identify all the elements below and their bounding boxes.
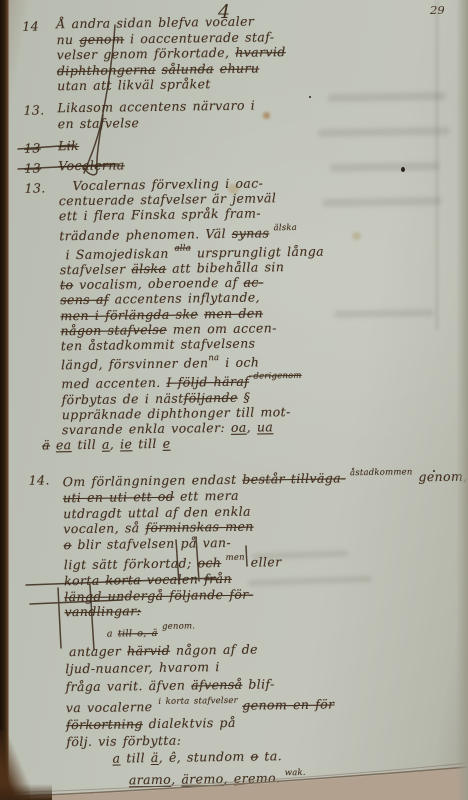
struck-text: från bbox=[204, 571, 232, 586]
handwritten-text: antager bbox=[69, 644, 127, 660]
paragraph-number: 13. bbox=[25, 180, 46, 195]
handwritten-text: dialektvis på bbox=[143, 715, 236, 731]
handwritten-text: till bbox=[120, 750, 151, 765]
handwritten-text: vocalen bbox=[141, 571, 204, 587]
handwritten-text: men om accen- bbox=[167, 320, 277, 337]
handwritten-text: med accenten. bbox=[61, 375, 166, 391]
handwritten-text: någon af de bbox=[170, 642, 258, 658]
paragraph-number: 13 bbox=[24, 161, 41, 177]
handwritten-text: ursprungligt långa bbox=[191, 243, 324, 260]
handwritten-text: fråga varit. äfven bbox=[65, 677, 191, 694]
handwritten-text: vocalen, så bbox=[63, 520, 145, 536]
inserted-text: genom. bbox=[158, 621, 196, 632]
handwritten-text: nu bbox=[56, 31, 79, 46]
struck-text: till o, ä bbox=[118, 628, 158, 640]
handwritten-text: , bbox=[247, 420, 257, 435]
handwritten-text: ligt sätt förkortad; bbox=[64, 555, 198, 572]
paragraph-number: 14. bbox=[29, 472, 50, 488]
handwritten-text: korta bbox=[64, 572, 106, 588]
handwritten-text: en stafvelse bbox=[58, 115, 140, 131]
handwritten-text: êtam bbox=[215, 788, 249, 800]
handwritten-text: utan att likväl språket bbox=[57, 76, 211, 93]
struck-text: men i förlängda ske bbox=[60, 306, 198, 323]
book-binding-edge bbox=[0, 0, 9, 800]
handwritten-text: till bbox=[132, 436, 163, 451]
bleedthrough-ghost bbox=[328, 92, 446, 102]
struck-text: längd undergå följande för- bbox=[64, 586, 253, 604]
handwritten-text: Om förlängningen endast bbox=[63, 472, 243, 490]
handwritten-text: blif- bbox=[242, 676, 274, 691]
struck-text: sålunda bbox=[162, 61, 214, 77]
struck-text: Vocalerna bbox=[58, 157, 125, 173]
struck-text: förkortning bbox=[66, 716, 143, 732]
handwritten-text: , bbox=[171, 771, 181, 786]
paragraph-b13d: 13.Vocalernas förvexling i oac-centuerad… bbox=[58, 175, 326, 453]
handwritten-text: till bbox=[71, 437, 102, 452]
handwritten-text: svarande enkla vocaler: bbox=[62, 420, 231, 437]
inserted-text: åstadkommen bbox=[346, 467, 413, 478]
handwritten-text: eller bbox=[245, 554, 282, 570]
struck-text: to bbox=[60, 277, 74, 292]
handwritten-text: i och bbox=[219, 355, 259, 371]
struck-text: hvarvid bbox=[235, 44, 286, 60]
paragraph-b13c: 13Vocalerna bbox=[58, 157, 125, 173]
handwritten-text: , vänta, bbox=[158, 788, 216, 800]
struck-text: genom bbox=[79, 31, 124, 47]
manuscript-line: va vocalerne i korta stafvelser genom en… bbox=[66, 691, 335, 716]
struck-text: korta bbox=[105, 572, 141, 587]
handwritten-text: stafvelser bbox=[60, 261, 132, 277]
struck-text: ä bbox=[42, 438, 50, 453]
struck-text: synas bbox=[232, 225, 270, 241]
struck-text: uti en uti ett od bbox=[63, 488, 174, 505]
handwritten-text: , ê, stundom bbox=[159, 749, 251, 765]
handwritten-text: längd, försvinner den bbox=[61, 355, 209, 372]
handwritten-text: aramo bbox=[129, 771, 171, 787]
handwritten-text: a bbox=[102, 437, 110, 452]
struck-text: består tillväga- bbox=[242, 470, 346, 486]
struck-text: och bbox=[197, 555, 221, 570]
struck-text: vandlingar: bbox=[64, 604, 141, 620]
handwritten-text: , bbox=[248, 787, 253, 800]
manuscript-line: en stafvelse bbox=[58, 113, 256, 131]
manuscript-line: aramo, äremo, eremo, wak. bbox=[129, 764, 336, 788]
paragraph-b13b: 13Lik bbox=[58, 138, 79, 154]
manuscript-line: ä ea till a, ie till e bbox=[42, 434, 327, 453]
inserted-text: i korta stafvelser bbox=[158, 696, 242, 707]
ink-speck bbox=[401, 167, 405, 172]
struck-text: Lik bbox=[58, 138, 79, 153]
paragraph-bG: a till o, ä genom.antager härvid någon a… bbox=[65, 616, 336, 800]
struck-text: o bbox=[250, 749, 258, 764]
book-binding-corner bbox=[0, 784, 52, 800]
inserted-text: na bbox=[208, 353, 219, 363]
inserted-text: älska bbox=[269, 223, 297, 233]
struck-text: men den bbox=[204, 305, 263, 321]
handwritten-text: i Samojediskan bbox=[65, 245, 174, 262]
inserted-text: wak. bbox=[280, 768, 306, 778]
manuscript-line: diphthongerna sålunda ehuru bbox=[57, 60, 286, 79]
paragraph-number: 13. bbox=[23, 102, 44, 118]
manuscript-line: med accenten. I följd häraf derigenom bbox=[61, 369, 326, 392]
struck-text: äfvenså bbox=[191, 676, 242, 692]
bleedthrough-ghost bbox=[330, 162, 440, 172]
struck-text: förminskas men bbox=[145, 519, 253, 536]
handwritten-text: a bbox=[107, 629, 118, 640]
manuscript-line: utan att likväl språket bbox=[57, 75, 286, 94]
page-right-edge bbox=[456, 0, 468, 800]
paper-stain bbox=[352, 232, 361, 240]
struck-text: sens af bbox=[60, 292, 109, 308]
inserted-text: men bbox=[221, 553, 245, 563]
handwritten-text: ea bbox=[56, 437, 72, 452]
bleedthrough-ghost bbox=[322, 197, 442, 207]
handwritten-text: Likasom accentens närvaro i bbox=[57, 98, 255, 116]
handwritten-text: ie bbox=[120, 437, 132, 452]
struck-text: någon stafvelse bbox=[60, 322, 167, 338]
folio-number: 29 bbox=[430, 3, 445, 17]
handwritten-text: ljud-nuancer, hvarom i bbox=[65, 659, 220, 676]
handwritten-text: ta. bbox=[258, 749, 282, 764]
paper-stain bbox=[263, 112, 270, 119]
paragraph-b14a: 14Å andra sidan blefva vocalernu genom i… bbox=[56, 13, 286, 94]
handwritten-text: , bbox=[110, 437, 120, 452]
struck-text: derigenom bbox=[249, 371, 302, 382]
struck-text: diphthongerna bbox=[57, 61, 156, 77]
struck-text: alla bbox=[175, 243, 192, 253]
handwritten-text: förbytas de i näst bbox=[61, 390, 183, 407]
manuscript-line: i Samojediskan alla ursprungligt långa bbox=[65, 239, 324, 262]
handwritten-text: adáp bbox=[125, 789, 158, 800]
manuscript-line: Lik bbox=[58, 138, 79, 154]
manuscript-line: a till o, ä genom. bbox=[107, 616, 334, 642]
paragraph-b13a: 13.Likasom accentens närvaro ien stafvel… bbox=[57, 98, 255, 132]
ink-speck bbox=[309, 96, 311, 98]
paragraph-b14b: 14.Om förlängningen endast består tillvä… bbox=[63, 465, 468, 621]
bleedthrough-ghost bbox=[334, 309, 434, 318]
struck-text: älska bbox=[131, 261, 166, 276]
struck-text: genom en för bbox=[242, 696, 334, 712]
handwritten-text: följ. vis förbytta: bbox=[66, 733, 181, 750]
struck-text: härvid bbox=[127, 643, 170, 659]
manuscript-photo: 4 29 14Å andra sidan blefva vocalernu ge… bbox=[0, 0, 468, 800]
handwritten-text: ett mera bbox=[174, 488, 239, 504]
handwritten-text: oa bbox=[231, 420, 247, 435]
manuscript-line: Vocalerna bbox=[58, 157, 125, 173]
handwritten-text: a bbox=[112, 751, 120, 766]
struck-text: ac- bbox=[243, 275, 263, 290]
handwritten-text: ua bbox=[257, 419, 274, 434]
handwritten-text: e bbox=[163, 436, 171, 451]
handwritten-text: att bibehålla sin bbox=[166, 259, 284, 276]
handwritten-text: va vocalerne bbox=[66, 699, 159, 715]
paper-crease bbox=[436, 0, 438, 330]
bleedthrough-ghost bbox=[318, 127, 450, 137]
handwritten-text: eremo bbox=[234, 770, 276, 786]
manuscript-line: adáp, vänta, êtam, bbox=[125, 785, 336, 800]
struck-text: följande bbox=[183, 389, 237, 405]
paragraph-number: 14 bbox=[22, 19, 39, 35]
handwritten-text: blir stafvelsen på van- bbox=[71, 535, 231, 552]
handwritten-text: § bbox=[238, 389, 251, 404]
handwritten-text: , bbox=[223, 771, 233, 786]
handwritten-text: i oaccentuerade staf- bbox=[124, 29, 274, 46]
struck-text: o bbox=[63, 537, 71, 552]
manuscript-line: Likasom accentens närvaro i bbox=[57, 98, 255, 116]
handwritten-text: äremo bbox=[181, 771, 223, 787]
paragraph-number: 13 bbox=[24, 141, 41, 157]
struck-text: ehuru bbox=[220, 60, 260, 76]
struck-text: I följd häraf bbox=[166, 374, 249, 390]
